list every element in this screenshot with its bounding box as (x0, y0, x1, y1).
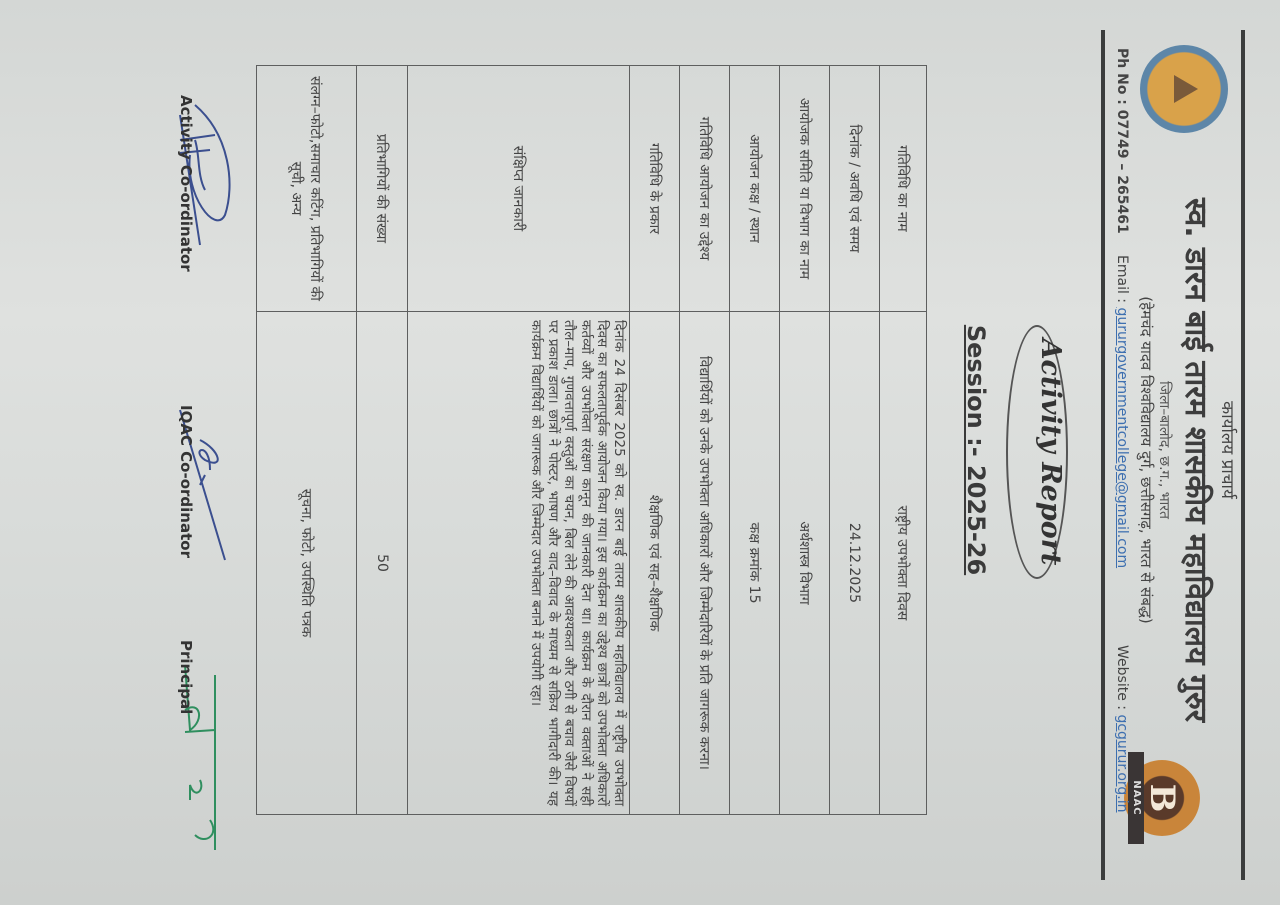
website-link[interactable]: gcgurur.org.in (1114, 714, 1130, 812)
row-value: 50 (357, 312, 408, 815)
principal-label: Principal (177, 640, 195, 714)
table-row: गतिविधि आयोजन का उद्देश्य विद्यार्थियों … (680, 66, 730, 815)
row-label: संलग्न–फोटो,समाचार कटिंग, प्रतिभागियों क… (257, 66, 357, 312)
iqac-coordinator-signature (160, 400, 240, 570)
phone-number: Ph No : 07749 – 265461 (1114, 48, 1130, 234)
row-label: गतिविधि आयोजन का उद्देश्य (680, 66, 730, 312)
table-row: गतिविधि का नाम राष्ट्रीय उपभोक्ता दिवस (880, 66, 927, 815)
row-value-summary: दिनांक 24 दिसंबर 2025 को स्व. डारन बाई त… (408, 312, 630, 815)
row-label: आयोजक समिति या विभाग का नाम (780, 66, 830, 312)
row-label: गतिविधि के प्रकार (630, 66, 680, 312)
iqac-coordinator-label: IQAC Co-ordinator (177, 405, 195, 558)
row-label: प्रतिभागियों की संख्या (357, 66, 408, 312)
header-top-rule (1241, 30, 1245, 880)
row-value: शैक्षणिक एवं सह–शैक्षणिक (630, 312, 680, 815)
row-label: दिनांक / अवधि एवं समय (830, 66, 880, 312)
college-name: स्व. डारन बाई तारम शासकीय महाविद्यालय गु… (1177, 150, 1218, 770)
naac-ribbon: NAAC (1128, 752, 1144, 844)
website-block: Website : gcgurur.org.in (1114, 645, 1130, 813)
email-label: Email : (1114, 255, 1130, 303)
table-row: आयोजन कक्ष / स्थान कक्ष क्रमांक 15 (730, 66, 780, 815)
activity-report-page: कार्यालय प्राचार्य स्व. डारन बाई तारम शा… (0, 0, 1280, 905)
activity-coordinator-label: Activity Co-ordinator (177, 95, 195, 272)
row-value: कक्ष क्रमांक 15 (730, 312, 780, 815)
college-emblem-logo (1140, 45, 1228, 133)
session-label: Session :- 2025-26 (962, 300, 990, 600)
report-title: Activity Report (1006, 325, 1068, 579)
row-value: सूचना, फोटो, उपस्थिति पत्रक (257, 312, 357, 815)
activity-details-table: गतिविधि का नाम राष्ट्रीय उपभोक्ता दिवस द… (256, 65, 927, 815)
row-label: संक्षिप्त जानकारी (408, 66, 630, 312)
row-value: विद्यार्थियों को उनके उपभोक्ता अधिकारों … (680, 312, 730, 815)
table-row: प्रतिभागियों की संख्या 50 (357, 66, 408, 815)
email-block: Email : gururgovernmentcollege@gmail.com (1114, 255, 1130, 568)
row-value: अर्थशास्त्र विभाग (780, 312, 830, 815)
row-label: आयोजन कक्ष / स्थान (730, 66, 780, 312)
college-affiliation: (हेमचंद यादव विश्वविद्यालय दुर्ग, छत्तीस… (1136, 160, 1156, 760)
table-row: संलग्न–फोटो,समाचार कटिंग, प्रतिभागियों क… (257, 66, 357, 815)
college-district: जिला–बालोद, छ.ग., भारत (1155, 200, 1174, 700)
naac-badge-logo: B NAAC (1124, 760, 1200, 836)
table-row: आयोजक समिति या विभाग का नाम अर्थशास्त्र … (780, 66, 830, 815)
activity-coordinator-signature (165, 95, 235, 255)
row-label: गतिविधि का नाम (880, 66, 927, 312)
table-row: दिनांक / अवधि एवं समय 24.12.2025 (830, 66, 880, 815)
header-bottom-rule (1101, 30, 1105, 880)
naac-grade: B (1142, 784, 1182, 813)
table-row: संक्षिप्त जानकारी दिनांक 24 दिसंबर 2025 … (408, 66, 630, 815)
table-row: गतिविधि के प्रकार शैक्षणिक एवं सह–शैक्षण… (630, 66, 680, 815)
row-value: राष्ट्रीय उपभोक्ता दिवस (880, 312, 927, 815)
website-label: Website : (1114, 645, 1130, 710)
office-heading: कार्यालय प्राचार्य (1217, 300, 1240, 600)
row-value: 24.12.2025 (830, 312, 880, 815)
email-link[interactable]: gururgovernmentcollege@gmail.com (1114, 307, 1130, 568)
